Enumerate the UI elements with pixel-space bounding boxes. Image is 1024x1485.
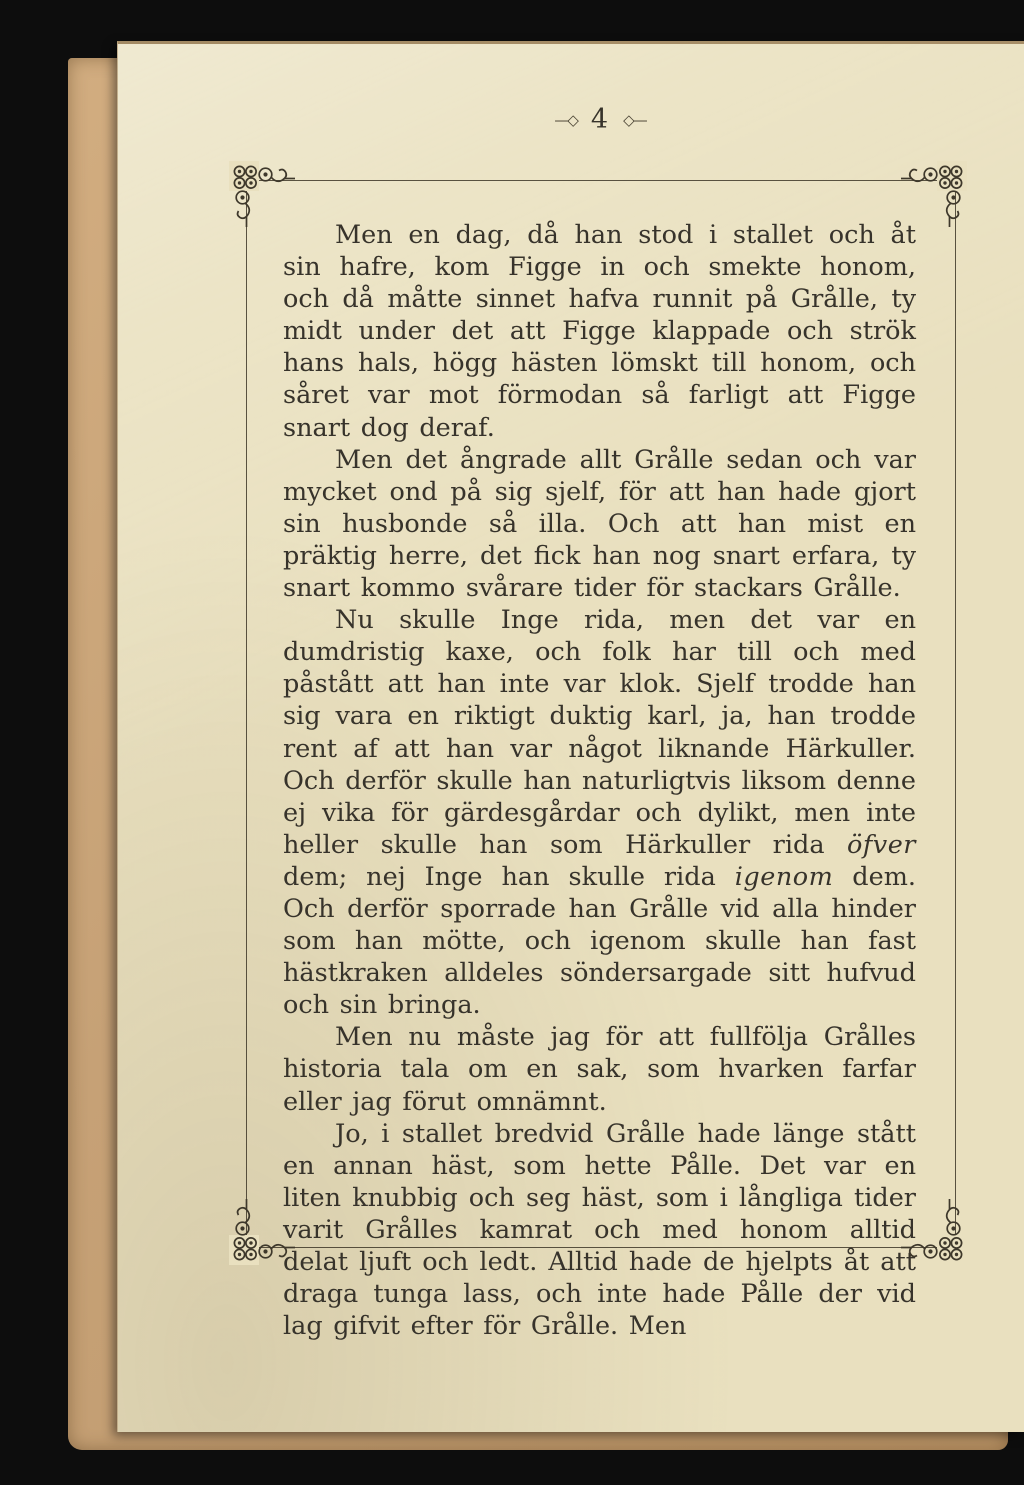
scan-background: { "colors":{ "background":"#0d0d0d", "un… (0, 0, 1024, 1485)
page-header: —◇4◇— (246, 104, 954, 135)
italic-text: öfver (847, 830, 916, 860)
text-segment: Men en dag, då han stod i stallet och åt… (283, 220, 916, 443)
header-flourish-right-icon: ◇— (623, 111, 646, 129)
corner-ornament-icon (901, 1199, 967, 1265)
text-segment: dem; nej Inge han skulle rida (283, 862, 735, 892)
corner-ornament-icon (229, 161, 295, 227)
paragraph: Nu skulle Inge rida, men det var en dumd… (283, 604, 916, 1021)
text-segment: Men det ångrade allt Grålle sedan och va… (283, 445, 916, 603)
text-segment: Men nu måste jag för att fullfölja Gråll… (283, 1022, 916, 1116)
paragraph: Jo, i stallet bredvid Grålle hade länge … (283, 1118, 916, 1343)
page-number: 4 (577, 104, 623, 135)
italic-text: igenom (735, 862, 834, 892)
paragraph: Men nu måste jag för att fullfölja Gråll… (283, 1021, 916, 1117)
text-block: Men en dag, då han stod i stallet och åt… (283, 219, 916, 1342)
corner-ornament-icon (229, 1199, 295, 1265)
corner-ornament-icon (901, 161, 967, 227)
paragraph: Men det ångrade allt Grålle sedan och va… (283, 444, 916, 604)
text-segment: Jo, i stallet bredvid Grålle hade länge … (283, 1119, 916, 1342)
text-segment: Nu skulle Inge rida, men det var en dumd… (283, 605, 916, 860)
header-flourish-left-icon: —◇ (554, 111, 577, 129)
paragraph: Men en dag, då han stod i stallet och åt… (283, 219, 916, 444)
